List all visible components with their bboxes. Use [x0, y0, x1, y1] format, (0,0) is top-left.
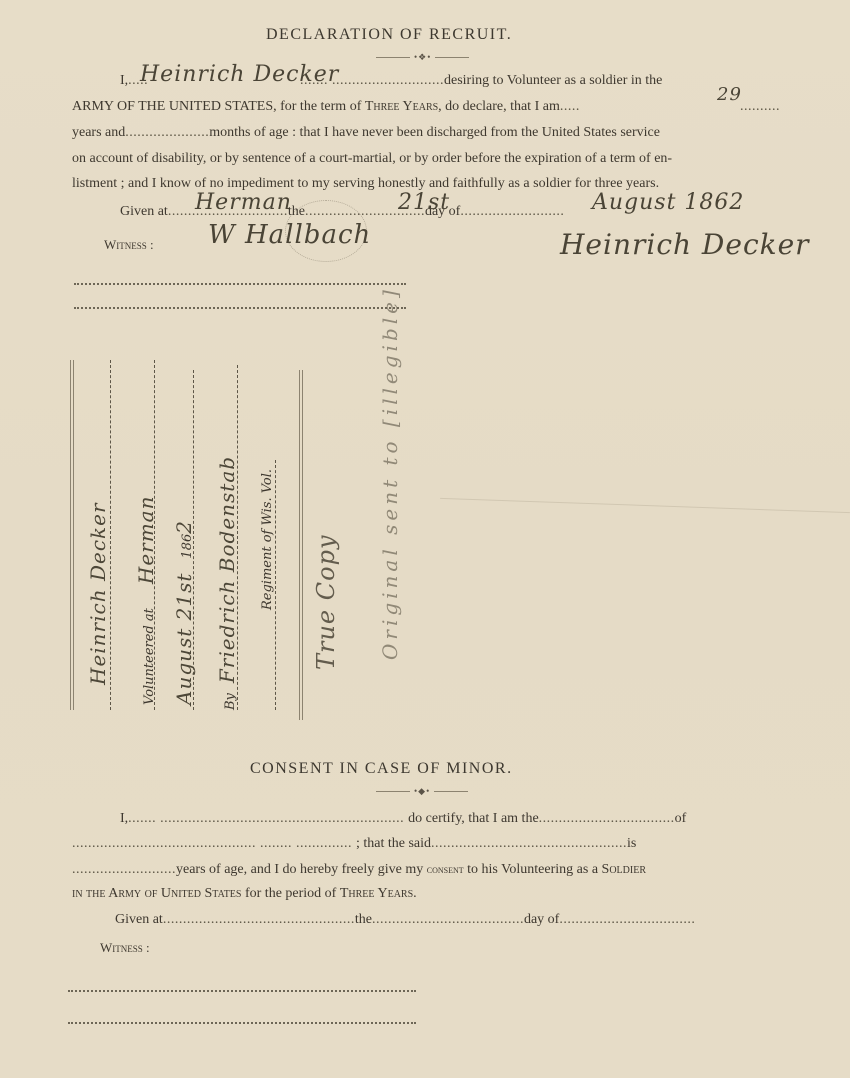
enlistment-stub: Heinrich Decker Volunteered at Herman Au…: [60, 360, 380, 720]
consent-ornament: •◆•: [372, 786, 472, 797]
consent-month-field[interactable]: ..................................: [559, 912, 695, 927]
stub-dash-1: [110, 360, 111, 710]
consent-line-4: in the Army of United States for the per…: [72, 886, 417, 902]
witness-line-2[interactable]: [74, 307, 406, 309]
stub-name[interactable]: Heinrich Decker: [86, 502, 110, 685]
consent-given-at-line: Given at................................…: [115, 912, 695, 928]
recruit-signature[interactable]: Heinrich Decker: [560, 228, 810, 261]
stub-volunteered-at-field[interactable]: Herman: [134, 496, 158, 585]
declaration-line-1-tail: ....... ............................desi…: [300, 73, 662, 89]
day-field[interactable]: 21st: [398, 190, 450, 215]
seal-stamp-icon: [285, 200, 367, 262]
witness-label: Witness :: [104, 237, 154, 253]
consent-day-field[interactable]: ......................................: [372, 912, 524, 927]
paper-fold-crease: [440, 498, 850, 513]
stub-regiment: Regiment of Wis. Vol.: [258, 469, 276, 610]
month-year-field[interactable]: August 1862: [592, 190, 744, 215]
consent-place-field[interactable]: ........................................…: [163, 912, 355, 927]
age-field[interactable]: 29: [717, 84, 742, 105]
consent-line-1: I,....... ..............................…: [120, 811, 686, 827]
consent-witness-line-2[interactable]: [68, 1022, 416, 1024]
stub-by: By Friedrich Bodenstab: [215, 456, 239, 710]
stub-volunteered-at: Volunteered at Herman: [134, 496, 158, 705]
declaration-line-4: on account of disability, or by sentence…: [72, 151, 672, 167]
stub-rule-left-1: [70, 360, 71, 710]
place-field[interactable]: Herman: [195, 190, 292, 215]
consent-witness-label: Witness :: [100, 940, 150, 956]
stub-rule-right-1: [299, 370, 300, 720]
consent-title: CONSENT IN CASE OF MINOR.: [250, 760, 513, 778]
stub-date[interactable]: August 21st 1862: [172, 520, 196, 705]
title-ornament: •❖•: [372, 52, 473, 63]
consent-witness-line-1[interactable]: [68, 990, 416, 992]
stub-rule-right-2: [302, 370, 303, 720]
stub-rule-left-2: [73, 360, 74, 710]
declaration-title: DECLARATION OF RECRUIT.: [266, 26, 512, 44]
declaration-line-5: listment ; and I know of no impediment t…: [72, 176, 659, 192]
stub-annotation-true-copy: True Copy: [312, 534, 340, 670]
declaration-line-2: ARMY OF THE UNITED STATES, for the term …: [72, 99, 580, 115]
stub-by-field[interactable]: Friedrich Bodenstab: [215, 456, 239, 683]
document-page: DECLARATION OF RECRUIT. •❖• I,..... Hein…: [0, 0, 850, 1078]
consent-line-2: ........................................…: [72, 836, 636, 852]
age-dots: ..........: [740, 99, 780, 115]
witness-line-1[interactable]: [74, 283, 406, 285]
declaration-line-3: years and.....................months of …: [72, 125, 660, 141]
consent-line-3: ..........................years of age, …: [72, 862, 646, 878]
stub-annotation-original: Original sent to [illegible]: [378, 286, 402, 660]
